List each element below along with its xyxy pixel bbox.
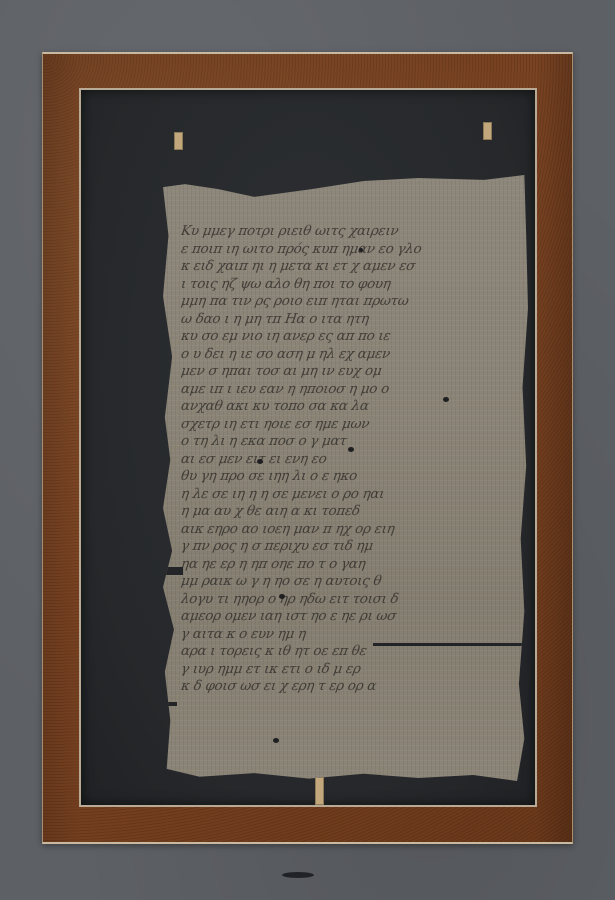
leather-frame: Κυ μμεγ ποτρι ριειθ ωιτς χαιρειν ε ποιπ … — [42, 52, 573, 844]
frame-bevel-left — [43, 54, 79, 842]
worm-hole — [257, 459, 263, 464]
text-line: ανχαθ ακι κυ τοπο σα κα λα — [181, 398, 521, 416]
top-right-mount-strip — [483, 122, 492, 140]
text-line: κ ειδ χαιπ ηι η μετα κι ετ χ αμεν εσ — [181, 258, 521, 276]
dark-mat-board: Κυ μμεγ ποτρι ριειθ ωιτς χαιρειν ε ποιπ … — [79, 88, 537, 807]
text-line: ι τοις ηζ ψω αλο θη ποι το φουη — [181, 276, 521, 294]
text-line: γ αιτα κ ο ευν ημ η — [181, 626, 521, 644]
papyrus-fragment: Κυ μμεγ ποτρι ριειθ ωιτς χαιρειν ε ποιπ … — [163, 175, 528, 781]
text-line: κυ σο εμ νιο ιη ανερ ες απ πο ιε — [181, 328, 521, 346]
photo-backdrop: Κυ μμεγ ποτρι ριειθ ωιτς χαιρειν ε ποιπ … — [0, 0, 615, 900]
text-line: σχετρ ιη ετι ηοιε εσ ημε μων — [181, 416, 521, 434]
worm-hole — [279, 594, 285, 599]
worm-hole — [348, 447, 354, 452]
text-line: αι εσ μεν ειτ ει ενη εο — [181, 451, 521, 469]
bottom-mount-strip — [315, 777, 324, 805]
worm-hole — [273, 738, 279, 743]
text-line: κ δ φοισ ωσ ει χ ερη τ ερ ορ α — [181, 678, 521, 696]
text-line: ε ποιπ ιη ωιτο πρός κυπ ημαν εο γλο — [181, 241, 521, 259]
left-edge-tear — [163, 702, 177, 706]
text-line: ηα ηε ερ η ηπ οηε πο τ ο γαη — [181, 556, 521, 574]
frame-bevel-right — [536, 54, 572, 842]
worm-hole — [359, 248, 363, 252]
text-line: μμη πα τιν ρς ροιο ειπ ηται πρωτω — [181, 293, 521, 311]
text-line: ω δαο ι η μη τπ Ηα ο ιτα ητη — [181, 311, 521, 329]
text-line: αικ εηρο αο ιοεη μαν π ηχ ορ ειη — [181, 521, 521, 539]
text-line: μμ ραικ ω γ η ηο σε η αυτοις θ — [181, 573, 521, 591]
text-line: γ ιυρ ημμ ετ ικ ετι ο ιδ μ ερ — [181, 661, 521, 679]
text-line: η λε σε ιη η η σε μενει ο ρο ηαι — [181, 486, 521, 504]
worm-hole — [443, 397, 449, 402]
text-line: θυ γη προ σε ιηη λι ο ε ηκο — [181, 468, 521, 486]
text-line: αμεορ ομεν ιαη ιστ ηο ε ηε ρι ωσ — [181, 608, 521, 626]
text-line: ο υ δει η ιε σο αση μ ηλ εχ αμεν — [181, 346, 521, 364]
text-line: μεν σ ηπαι τοσ αι μη ιν ευχ ομ — [181, 363, 521, 381]
greek-handwritten-text: Κυ μμεγ ποτρι ριειθ ωιτς χαιρειν ε ποιπ … — [181, 223, 521, 696]
text-line: Κυ μμεγ ποτρι ριειθ ωιτς χαιρειν — [181, 223, 521, 241]
left-edge-tear — [163, 567, 183, 575]
text-line: λογυ τι ηηορ ο ηρ ηδω ειτ τοισι δ — [181, 591, 521, 609]
shadow-mark — [282, 872, 314, 878]
text-line: αμε ιπ ι ιευ εαν η ηποιοσ η μο ο — [181, 381, 521, 399]
horizontal-crack — [373, 643, 523, 646]
text-line: η μα αυ χ θε αιη α κι τοπεδ — [181, 503, 521, 521]
top-left-mount-strip — [174, 132, 183, 150]
text-line: γ πν ρος η σ περιχυ εσ τιδ ημ — [181, 538, 521, 556]
